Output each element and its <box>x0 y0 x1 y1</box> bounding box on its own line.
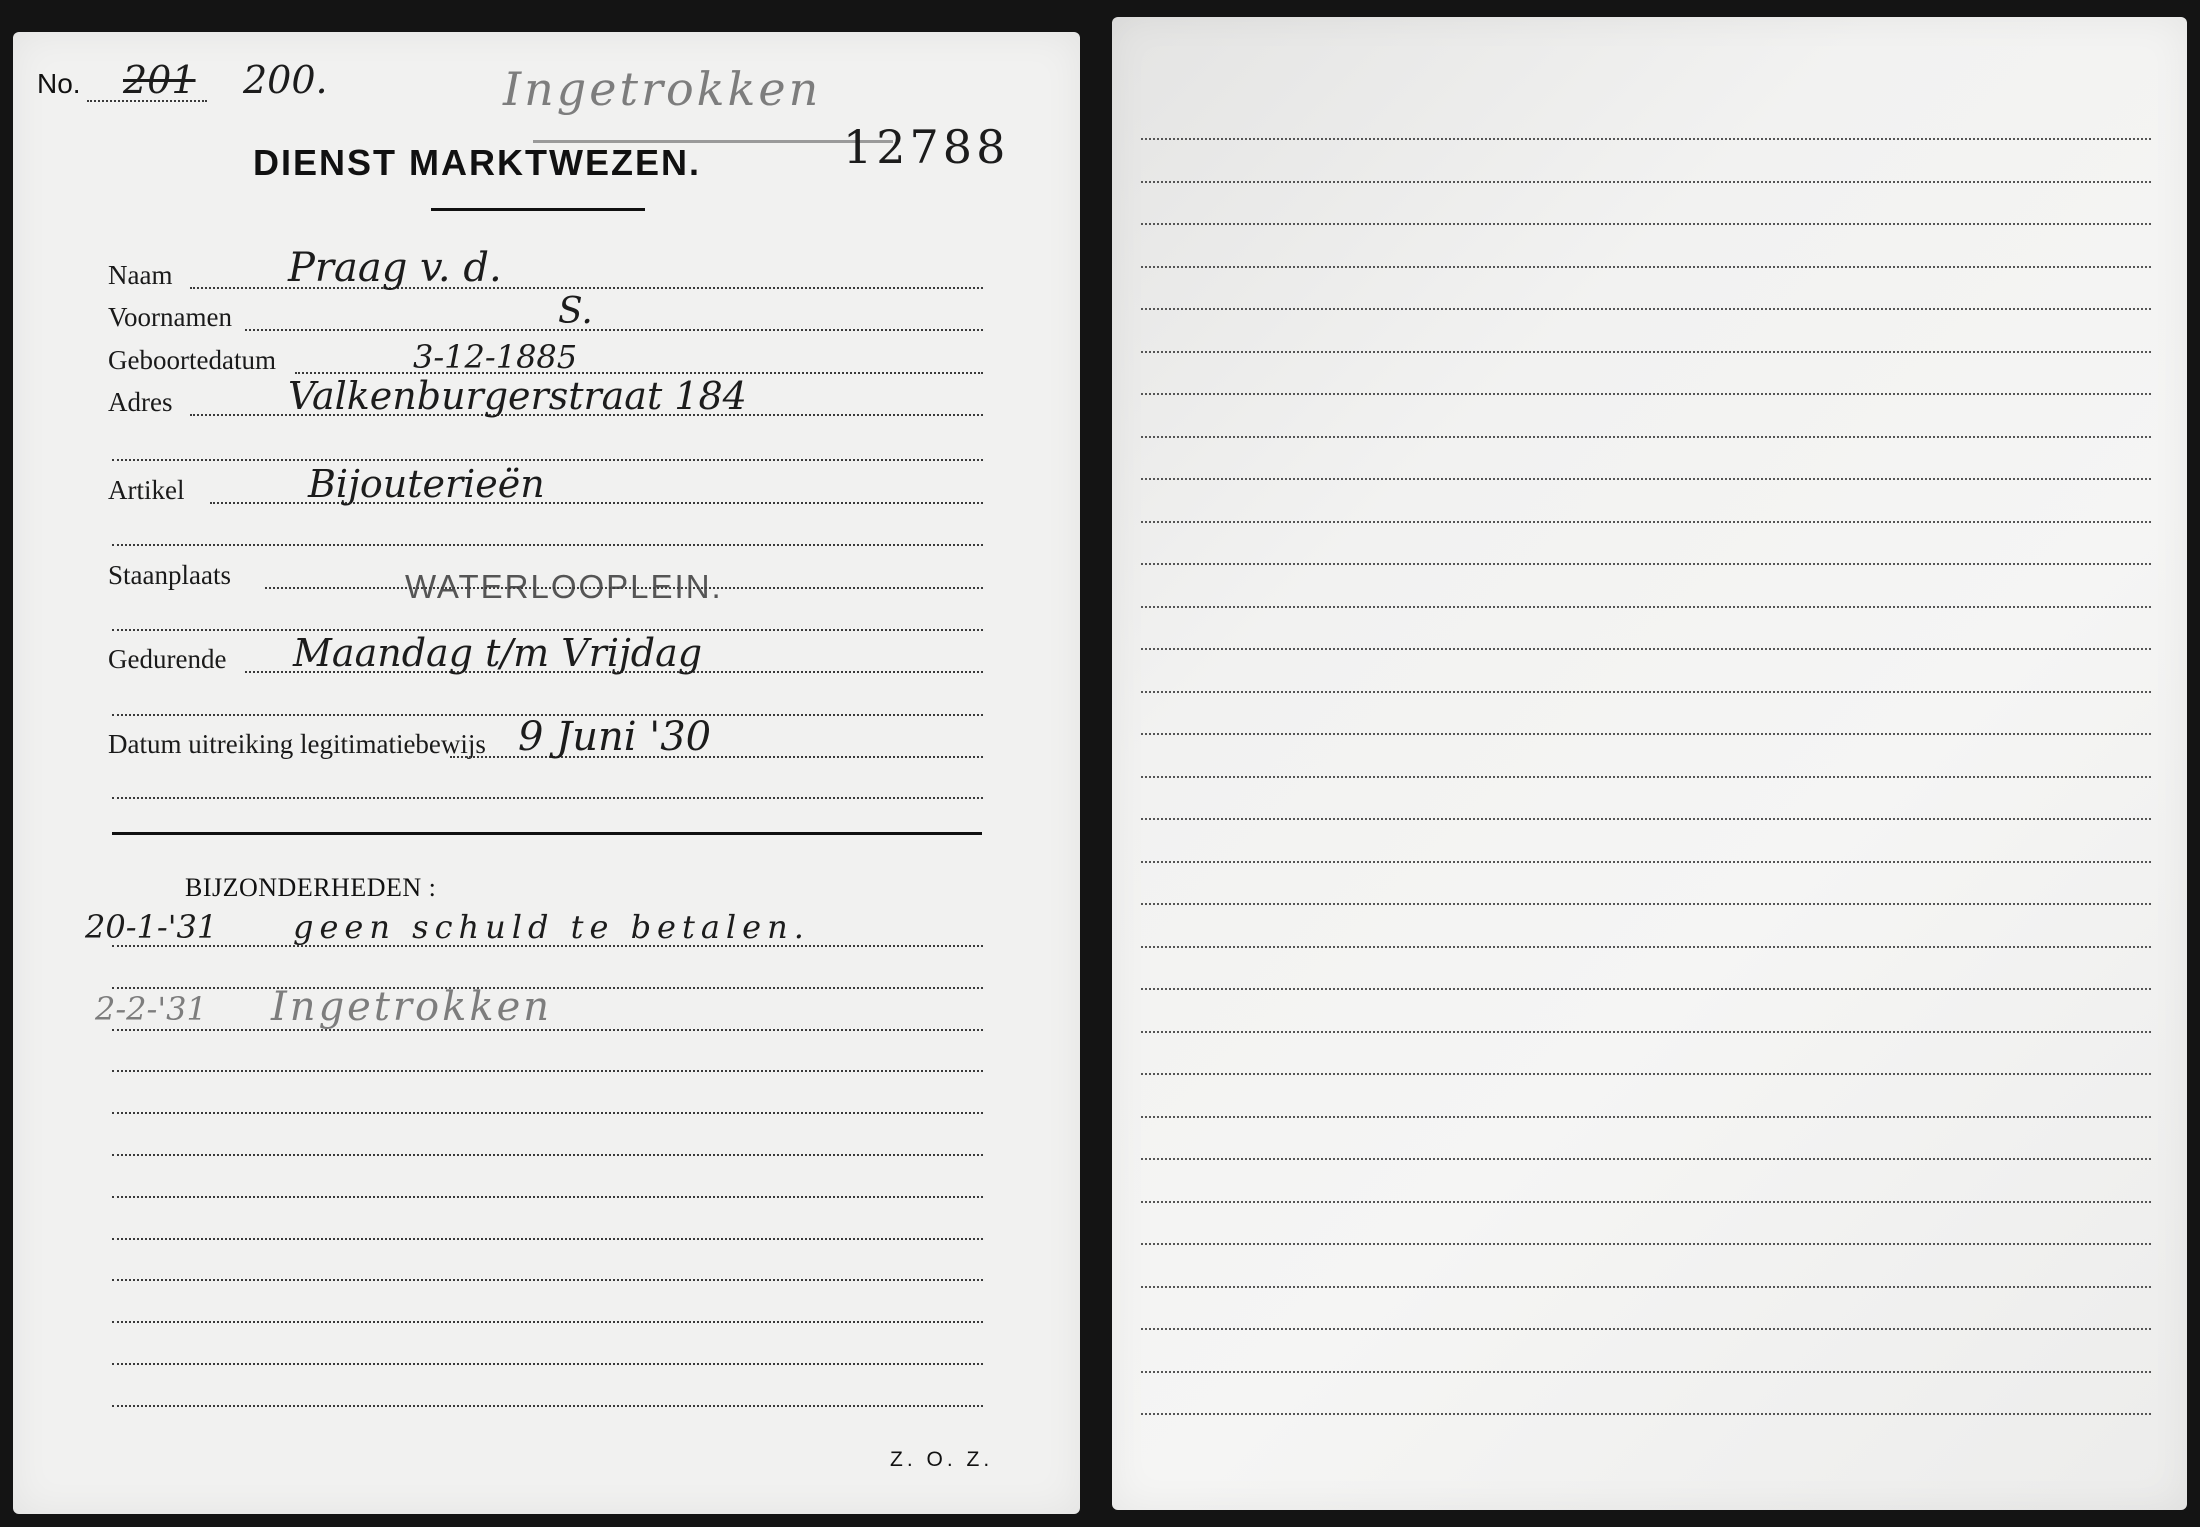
back-dotted-line <box>1141 563 2151 565</box>
back-dotted-line <box>1141 606 2151 608</box>
field-value-datum: 9 Juni '30 <box>518 714 711 760</box>
back-dotted-line <box>1141 1413 2151 1415</box>
back-dotted-line <box>1141 478 2151 480</box>
field-value-voornamen: S. <box>558 291 593 332</box>
card-back <box>1112 17 2187 1510</box>
back-dotted-line <box>1141 861 2151 863</box>
field-label-adres: Adres <box>108 387 172 418</box>
back-dotted-line <box>1141 1371 2151 1373</box>
particulars-dotted-line <box>112 1363 983 1365</box>
back-dotted-line <box>1141 1073 2151 1075</box>
particulars-dotted-line <box>112 1112 983 1114</box>
particulars-dotted-line <box>112 1196 983 1198</box>
particulars-heading: BIJZONDERHEDEN : <box>185 873 436 903</box>
back-dotted-line <box>1141 1243 2151 1245</box>
particulars-dotted-line <box>112 1238 983 1240</box>
particulars-dotted-line <box>112 1154 983 1156</box>
particular-text-2: Ingetrokken <box>271 984 552 1030</box>
field-label-naam: Naam <box>108 260 172 291</box>
section-divider <box>112 832 982 835</box>
field-value-gedurende: Maandag t/m Vrijdag <box>293 631 702 675</box>
field-label-gedurende: Gedurende <box>108 644 226 675</box>
back-dotted-line <box>1141 776 2151 778</box>
field-value-geboortedatum: 3-12-1885 <box>413 338 577 376</box>
back-dotted-line <box>1141 988 2151 990</box>
number-value: 200. <box>243 58 328 102</box>
back-dotted-line <box>1141 1328 2151 1330</box>
field-label-staanplaats: Staanplaats <box>108 560 231 591</box>
field-dotted-line <box>245 329 983 331</box>
back-dotted-line <box>1141 1116 2151 1118</box>
card-front: No. 201 200. Ingetrokken DIENST MARKTWEZ… <box>13 32 1080 1514</box>
back-dotted-line <box>1141 266 2151 268</box>
field-value-naam: Praag v. d. <box>288 245 502 291</box>
turn-over-note: Z. O. Z. <box>890 1448 993 1472</box>
back-dotted-line <box>1141 138 2151 140</box>
card-title: DIENST MARKTWEZEN. <box>253 142 701 184</box>
field-dotted-line <box>112 544 983 546</box>
field-dotted-line <box>112 797 983 799</box>
field-label-geboortedatum: Geboortedatum <box>108 345 276 376</box>
back-dotted-line <box>1141 691 2151 693</box>
title-underline <box>431 208 645 211</box>
back-dotted-line <box>1141 436 2151 438</box>
field-label-artikel: Artikel <box>108 475 184 506</box>
field-label-voornamen: Voornamen <box>108 302 232 333</box>
field-value-artikel: Bijouterieën <box>308 462 545 506</box>
back-dotted-line <box>1141 223 2151 225</box>
particulars-dotted-line <box>112 1279 983 1281</box>
back-dotted-line <box>1141 1286 2151 1288</box>
field-dotted-line <box>265 587 983 589</box>
number-struck-value: 201 <box>123 58 196 102</box>
back-dotted-line <box>1141 1201 2151 1203</box>
back-dotted-line <box>1141 648 2151 650</box>
back-dotted-line <box>1141 181 2151 183</box>
back-dotted-line <box>1141 308 2151 310</box>
back-dotted-line <box>1141 1158 2151 1160</box>
card-reference-number: 12788 <box>843 120 1009 174</box>
back-dotted-line <box>1141 733 2151 735</box>
number-label: No. <box>37 68 81 100</box>
field-value-adres: Valkenburgerstraat 184 <box>288 374 747 418</box>
particulars-dotted-line <box>112 1405 983 1407</box>
back-dotted-line <box>1141 903 2151 905</box>
particular-date-1: 20-1-'31 <box>85 908 217 946</box>
back-dotted-line <box>1141 393 2151 395</box>
field-dotted-line <box>112 459 983 461</box>
particular-text-1: geen schuld te betalen. <box>293 908 810 946</box>
particular-date-2: 2-2-'31 <box>95 990 207 1028</box>
field-label-datum: Datum uitreiking legitimatiebewijs <box>108 729 486 760</box>
back-dotted-line <box>1141 521 2151 523</box>
back-dotted-line <box>1141 1031 2151 1033</box>
particulars-dotted-line <box>112 1321 983 1323</box>
back-dotted-line <box>1141 351 2151 353</box>
withdrawn-annotation: Ingetrokken <box>503 62 821 116</box>
particulars-dotted-line <box>112 1070 983 1072</box>
back-dotted-line <box>1141 946 2151 948</box>
back-dotted-line <box>1141 818 2151 820</box>
